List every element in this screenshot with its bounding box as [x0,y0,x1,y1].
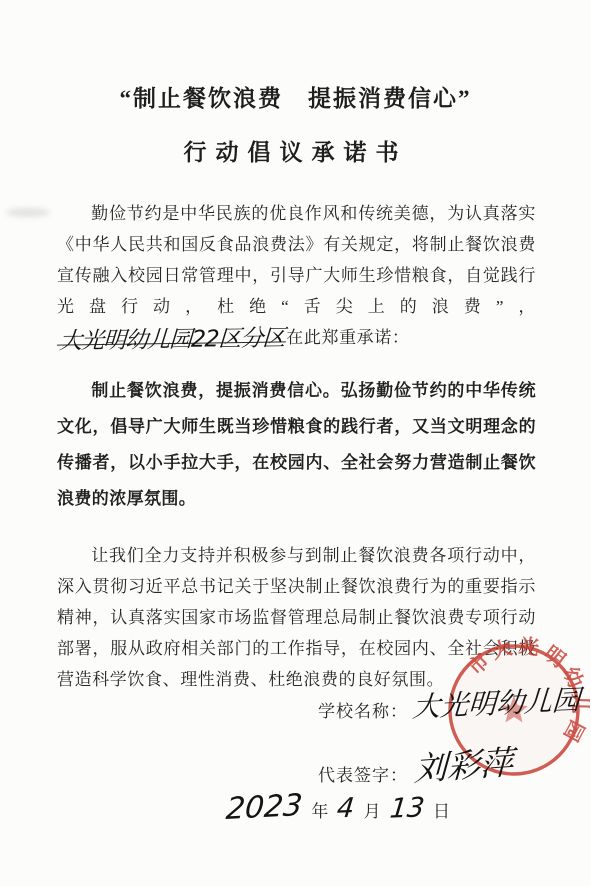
month-unit: 月 [364,802,381,821]
handwritten-month: 4 [336,793,356,825]
handwritten-day: 13 [388,792,426,824]
paragraph-1-text: 勤俭节约是中华民族的优良作风和传统美德，为认真落实《中华人民共和国反食品浪费法》… [57,204,536,316]
document-title-line2: 行动倡议承诺书 [0,134,591,167]
paragraph-1-tail: 在此郑重承诺： [286,328,409,347]
pledge-document: “制止餐饮浪费 提振消费信心” 行动倡议承诺书 勤俭节约是中华民族的优良作风和传… [0,0,591,886]
document-title-line1: “制止餐饮浪费 提振消费信心” [0,80,591,113]
date-line: 2023 年 4 月 13 日 [0,790,591,825]
paragraph-3-text: 让我们全力支持并积极参与到制止餐饮浪费各项行动中，深入贯彻习近平总书记关于坚决制… [57,546,536,689]
handwritten-school-name: 大光明幼儿园 [411,678,581,725]
handwritten-year: 2023 [225,788,304,827]
school-name-label: 学校名称： [318,702,408,721]
day-unit: 日 [433,802,450,821]
year-unit: 年 [311,802,328,821]
scan-smudge [6,208,50,217]
representative-signature-label: 代表签字： [318,766,408,785]
document-body: 勤俭节约是中华民族的优良作风和传统美德，为认真落实《中华人民共和国反食品浪费法》… [57,198,536,695]
paragraph-2: 制止餐饮浪费，提振消费信心。弘扬勤俭节约的中华传统文化，倡导广大师生既当珍惜粮食… [57,373,536,517]
paragraph-3: 让我们全力支持并积极参与到制止餐饮浪费各项行动中，深入贯彻习近平总书记关于坚决制… [57,540,536,695]
school-name-row: 学校名称：大光明幼儿园 [318,686,580,726]
paragraph-1: 勤俭节约是中华民族的优良作风和传统美德，为认真落实《中华人民共和国反食品浪费法》… [57,198,536,353]
representative-signature-row: 代表签字：刘彩萍 [318,744,513,791]
handwritten-representative-signature: 刘彩萍 [413,736,513,790]
handwritten-school-branch: 大光明幼儿园22区分区 [57,338,286,345]
paragraph-2-text: 制止餐饮浪费，提振消费信心。弘扬勤俭节约的中华传统文化，倡导广大师生既当珍惜粮食… [57,381,536,508]
